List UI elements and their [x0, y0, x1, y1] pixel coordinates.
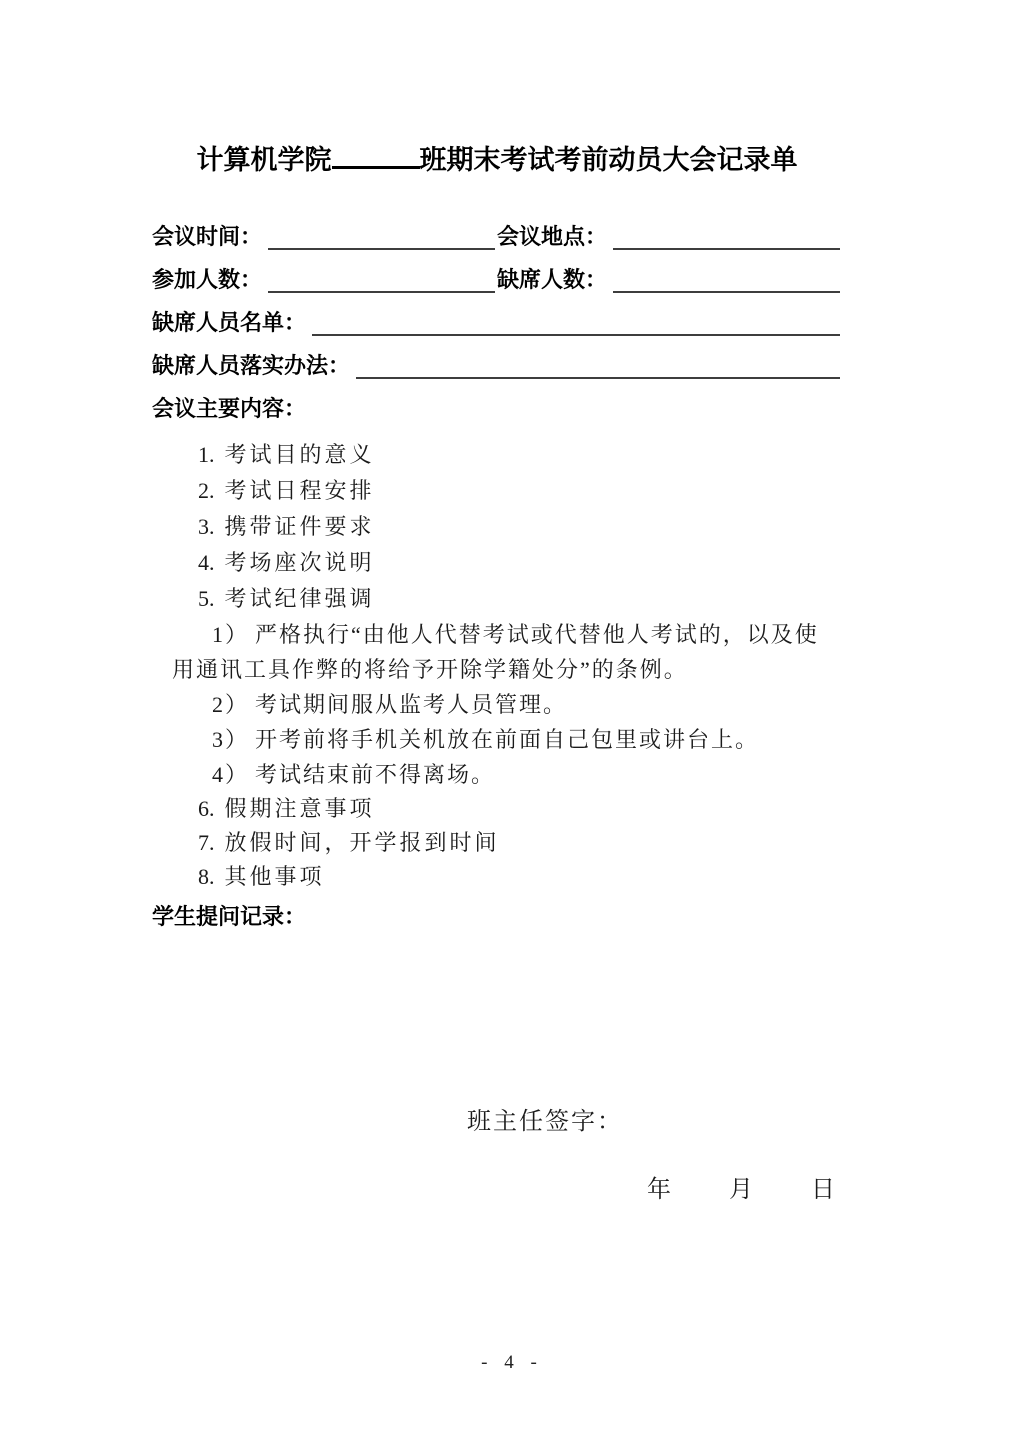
- agenda-item-1-number: 1.: [198, 442, 215, 467]
- document-page: 计算机学院班期末考试考前动员大会记录单 会议时间： 会议地点： 参加人数： 缺席…: [0, 0, 1024, 1448]
- agenda-item-4: 4.考场座次说明: [198, 545, 842, 581]
- agenda-list: 1.考试目的意义 2.考试日程安排 3.携带证件要求 4.考场座次说明 5.考试…: [152, 437, 842, 894]
- agenda-subitem-2-text: 考试期间服从监考人员管理。: [255, 692, 567, 717]
- teacher-signature-label: 班主任签字：: [467, 1109, 623, 1135]
- absent-count-blank-line: [613, 265, 840, 293]
- agenda-item-7: 7.放假时间，开学报到时间: [198, 826, 842, 860]
- meeting-time-label: 会议时间：: [152, 222, 262, 252]
- page-number: - 4 -: [0, 1352, 1024, 1374]
- document-content: 计算机学院班期末考试考前动员大会记录单 会议时间： 会议地点： 参加人数： 缺席…: [152, 0, 842, 1206]
- student-questions-label: 学生提问记录：: [152, 902, 306, 932]
- agenda-item-6: 6.假期注意事项: [198, 792, 842, 826]
- agenda-item-6-text: 假期注意事项: [225, 796, 375, 821]
- agenda-item-1-text: 考试目的意义: [225, 442, 375, 467]
- agenda-item-5-number: 5.: [198, 586, 215, 611]
- agenda-tail: 6.假期注意事项 7.放假时间，开学报到时间 8.其他事项: [152, 792, 842, 894]
- agenda-subitem-1-number: 1）: [212, 622, 249, 647]
- agenda-subitem-4-text: 考试结束前不得离场。: [255, 762, 495, 787]
- meeting-place-label: 会议地点：: [497, 222, 607, 252]
- agenda-item-6-number: 6.: [198, 796, 215, 821]
- header-fields: 会议时间： 会议地点： 参加人数： 缺席人数： 缺席人员名单： 缺席人员落实办法…: [152, 222, 842, 424]
- agenda-subitem-3: 3）开考前将手机关机放在前面自己包里或讲台上。: [172, 722, 842, 757]
- agenda-subitem-3-text: 开考前将手机关机放在前面自己包里或讲台上。: [255, 727, 759, 752]
- agenda-item-7-number: 7.: [198, 830, 215, 855]
- agenda-item-3-number: 3.: [198, 514, 215, 539]
- agenda-subitem-1-text: 严格执行“由他人代替考试或代替他人考试的，以及使用通讯工具作弊的将给予开除学籍处…: [172, 622, 819, 682]
- agenda-item-8-text: 其他事项: [225, 864, 325, 889]
- agenda-item-3: 3.携带证件要求: [198, 509, 842, 545]
- meeting-place-blank-line: [613, 222, 840, 250]
- agenda-subitem-2: 2）考试期间服从监考人员管理。: [172, 687, 842, 722]
- field-row-absent-measures: 缺席人员落实办法：: [152, 351, 842, 381]
- date-day-label: 日: [811, 1177, 835, 1203]
- agenda-subitem-4-number: 4）: [212, 762, 249, 787]
- title-college: 计算机学院: [197, 145, 332, 175]
- absent-list-label: 缺席人员名单：: [152, 308, 306, 338]
- agenda-subitem-4: 4）考试结束前不得离场。: [172, 757, 842, 792]
- field-row-absent-list: 缺席人员名单：: [152, 308, 842, 338]
- questions-row: 学生提问记录：: [152, 902, 842, 932]
- absent-count-label: 缺席人数：: [497, 265, 607, 295]
- meeting-time-blank-line: [268, 222, 495, 250]
- agenda-item-2-text: 考试日程安排: [225, 478, 375, 503]
- date-month-label: 月: [729, 1177, 753, 1203]
- agenda-item-4-text: 考场座次说明: [225, 550, 375, 575]
- date-line: 年 月 日: [152, 1174, 842, 1206]
- agenda-item-2-number: 2.: [198, 478, 215, 503]
- title-rest: 班期末考试考前动员大会记录单: [420, 145, 798, 175]
- absent-measures-blank-line: [356, 351, 840, 379]
- date-year-label: 年: [647, 1177, 671, 1203]
- field-row-counts: 参加人数： 缺席人数：: [152, 265, 842, 295]
- absent-list-blank-line: [312, 308, 840, 336]
- attend-count-blank-line: [268, 265, 495, 293]
- attend-count-label: 参加人数：: [152, 265, 262, 295]
- agenda-item-3-text: 携带证件要求: [225, 514, 375, 539]
- field-row-main-content: 会议主要内容：: [152, 394, 842, 424]
- agenda-subitem-3-number: 3）: [212, 727, 249, 752]
- agenda-subitem-1: 1）严格执行“由他人代替考试或代替他人考试的，以及使用通讯工具作弊的将给予开除学…: [172, 617, 842, 687]
- agenda-subitem-2-number: 2）: [212, 692, 249, 717]
- agenda-item-8-number: 8.: [198, 864, 215, 889]
- main-content-label: 会议主要内容：: [152, 394, 306, 424]
- page-title: 计算机学院班期末考试考前动员大会记录单: [152, 142, 842, 178]
- agenda-item-1: 1.考试目的意义: [198, 437, 842, 473]
- agenda-item-5: 5.考试纪律强调: [198, 581, 842, 617]
- agenda-item-4-number: 4.: [198, 550, 215, 575]
- title-blank-line: [332, 162, 420, 169]
- agenda-item-2: 2.考试日程安排: [198, 473, 842, 509]
- agenda-item-8: 8.其他事项: [198, 860, 842, 894]
- agenda-item-7-text: 放假时间，开学报到时间: [225, 830, 500, 855]
- absent-measures-label: 缺席人员落实办法：: [152, 351, 350, 381]
- agenda-item-5-text: 考试纪律强调: [225, 586, 375, 611]
- field-row-time-place: 会议时间： 会议地点：: [152, 222, 842, 252]
- teacher-signature-line: 班主任签字：: [467, 1106, 842, 1138]
